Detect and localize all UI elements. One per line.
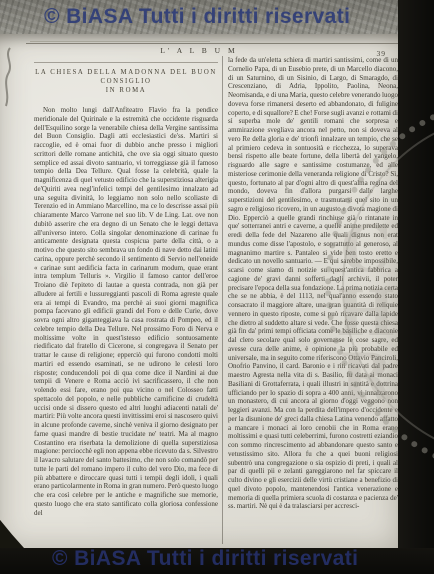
- pen-mark-artifact: [0, 46, 20, 110]
- right-column: la fede da un'eletta schiera di martiri …: [228, 56, 398, 540]
- scanned-page-view: { "watermark": { "text": "© BiASA Tutti …: [0, 0, 434, 574]
- left-column: LA CHIESA DELLA MADONNA DEL BUON CONSIGL…: [34, 62, 218, 547]
- article-title: LA CHIESA DELLA MADONNA DEL BUON CONSIGL…: [34, 68, 218, 95]
- left-column-body-text: Non molto lungi dall'Anfiteatro Flavio f…: [34, 106, 218, 547]
- header-rule: [26, 43, 398, 44]
- article-title-rule: [34, 62, 218, 63]
- article-title-line2: IN ROMA: [34, 86, 218, 95]
- article-title-line1: LA CHIESA DELLA MADONNA DEL BUON CONSIGL…: [34, 68, 218, 86]
- scanned-paper-page: L' A L B U M 39 LA CHIESA DELLA MADONNA …: [0, 34, 398, 548]
- journal-title: L' A L B U M: [0, 46, 398, 55]
- biasa-watermark-top: © BiASA Tutti i diritti riservati: [44, 5, 350, 29]
- right-column-body-text: la fede da un'eletta schiera di martiri …: [228, 56, 398, 540]
- header-rule-ghost: [30, 41, 210, 42]
- column-divider-rule: [222, 56, 223, 544]
- biasa-watermark-bottom: © BiASA Tutti i diritti riservati: [52, 547, 358, 571]
- scan-edge-right: [398, 0, 434, 574]
